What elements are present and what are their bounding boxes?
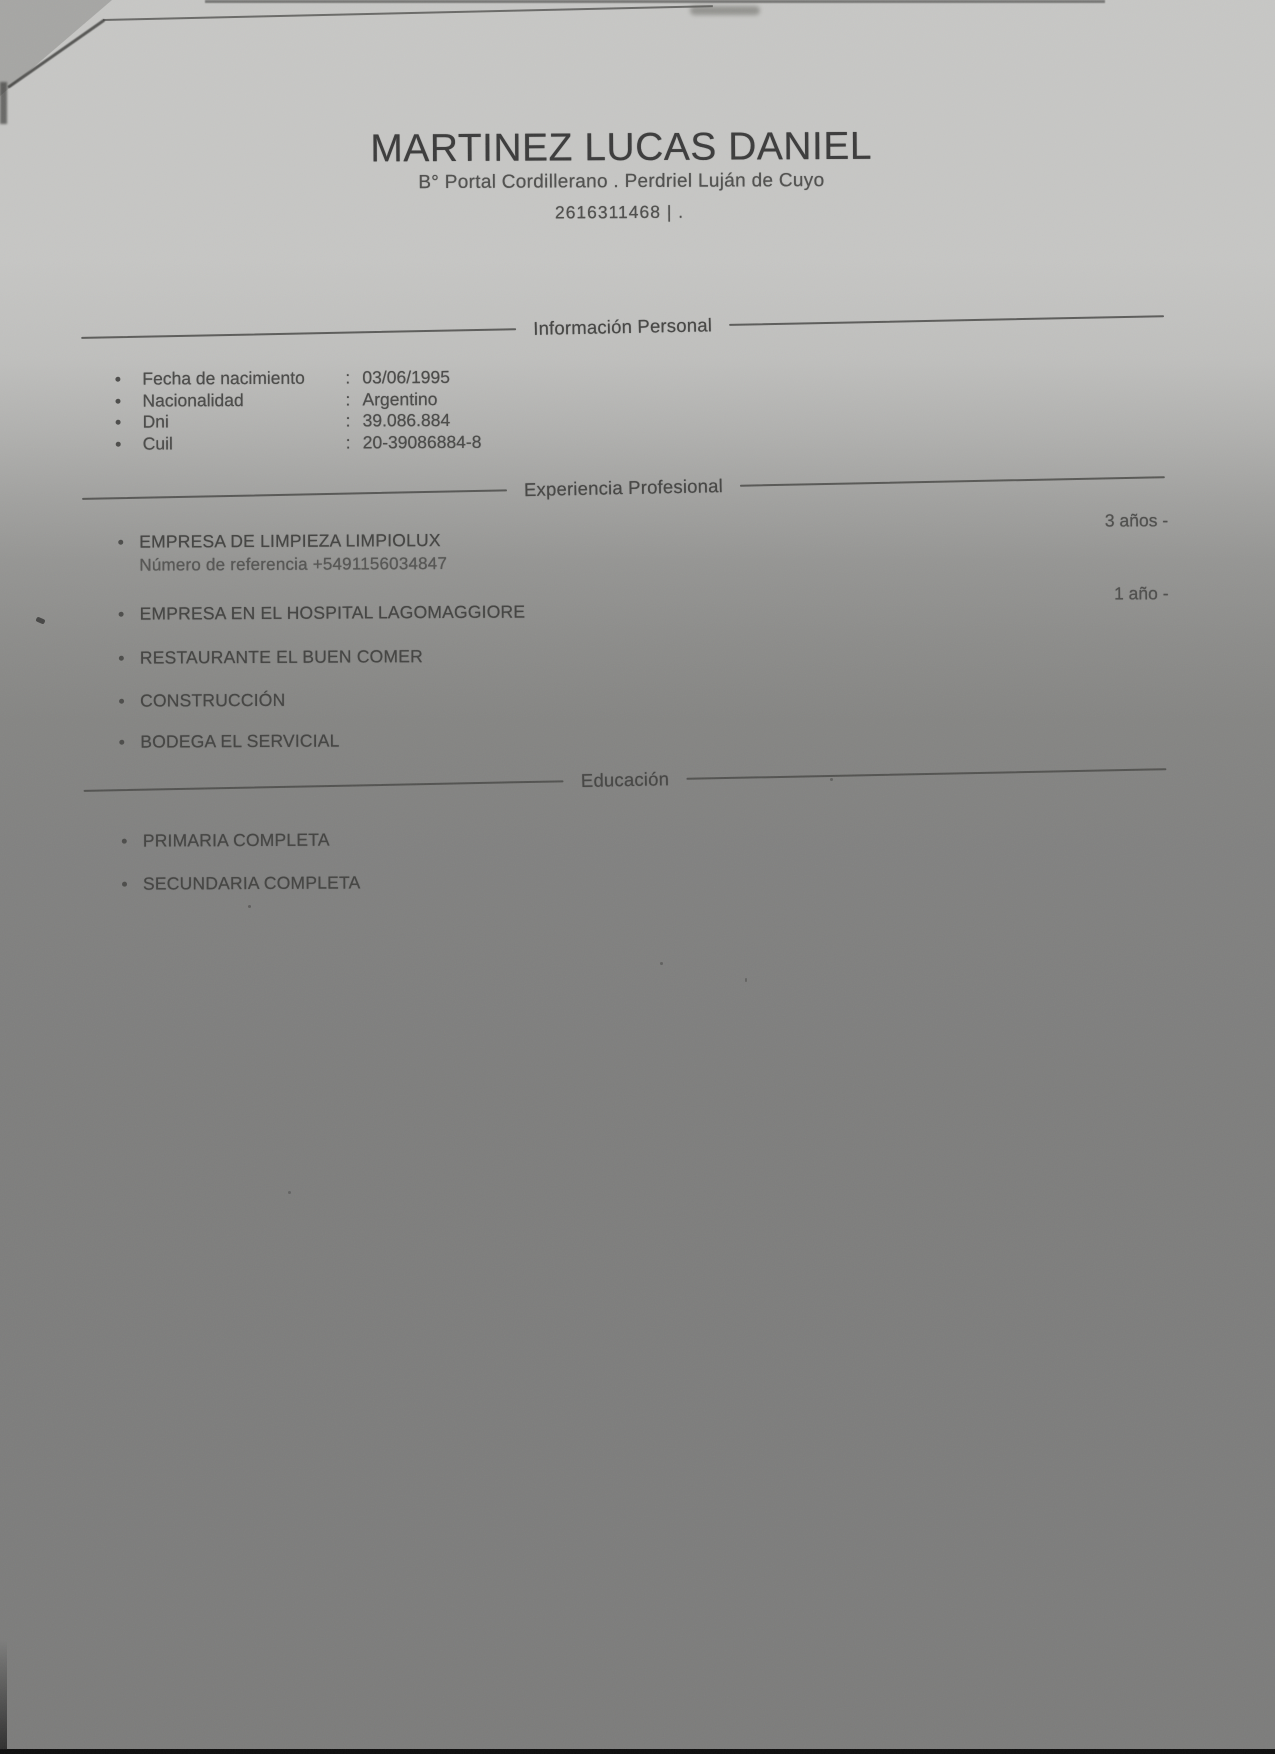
- personal-info-list: Fecha de nacimiento : 03/06/1995 Naciona…: [115, 367, 481, 455]
- experience-duration: 3 años -: [1038, 510, 1168, 532]
- education-item: SECUNDARIA COMPLETA: [122, 872, 361, 894]
- bullet-icon: [116, 441, 121, 446]
- field-separator: :: [345, 389, 362, 410]
- scanned-cv-page: MARTINEZ LUCAS DANIEL B° Portal Cordille…: [0, 0, 1275, 1754]
- section-title-personal: Información Personal: [533, 314, 712, 340]
- bullet-icon: [122, 882, 127, 887]
- section-divider-personal: Información Personal: [81, 303, 1164, 351]
- bullet-icon: [119, 740, 124, 745]
- candidate-name: MARTINEZ LUCAS DANIEL: [0, 123, 1246, 174]
- field-separator: :: [345, 368, 362, 389]
- divider-line: [84, 780, 564, 792]
- bullet-icon: [119, 656, 124, 661]
- experience-item: EMPRESA DE LIMPIEZA LIMPIOLUX: [118, 530, 441, 553]
- divider-line: [82, 489, 507, 500]
- experience-name: EMPRESA EN EL HOSPITAL LAGOMAGGIORE: [140, 602, 526, 625]
- bullet-icon: [116, 420, 121, 425]
- divider-line: [740, 476, 1165, 487]
- field-dni: Dni : 39.086.884: [116, 410, 482, 433]
- section-divider-experience: Experiencia Profesional: [82, 464, 1165, 512]
- experience-name: EMPRESA DE LIMPIEZA LIMPIOLUX: [139, 530, 441, 553]
- experience-item: RESTAURANTE EL BUEN COMER: [119, 646, 423, 669]
- field-value: 03/06/1995: [362, 367, 450, 388]
- bullet-icon: [122, 839, 127, 844]
- bullet-icon: [119, 612, 124, 617]
- section-divider-education: Educación: [83, 756, 1166, 804]
- divider-line: [81, 328, 516, 339]
- section-title-education: Educación: [581, 768, 670, 792]
- bullet-icon: [119, 699, 124, 704]
- field-label: Nacionalidad: [142, 389, 345, 411]
- divider-line: [729, 315, 1164, 326]
- experience-reference: Número de referencia +5491156034847: [139, 554, 447, 576]
- field-separator: :: [346, 411, 363, 432]
- field-label: Fecha de nacimiento: [142, 368, 345, 390]
- experience-name: BODEGA EL SERVICIAL: [140, 731, 339, 753]
- cv-content: MARTINEZ LUCAS DANIEL B° Portal Cordille…: [0, 0, 1275, 1754]
- education-name: PRIMARIA COMPLETA: [143, 830, 330, 852]
- field-label: Cuil: [143, 432, 346, 454]
- candidate-phone: 2616311468 | .: [0, 199, 1243, 227]
- experience-duration: 1 año -: [1038, 583, 1168, 605]
- divider-line: [686, 768, 1166, 780]
- bullet-icon: [118, 540, 123, 545]
- field-fecha-nacimiento: Fecha de nacimiento : 03/06/1995: [115, 367, 481, 390]
- experience-name: CONSTRUCCIÓN: [140, 690, 285, 712]
- field-value: Argentino: [362, 389, 437, 410]
- field-separator: :: [346, 432, 363, 453]
- field-value: 39.086.884: [363, 410, 451, 431]
- experience-item: BODEGA EL SERVICIAL: [119, 731, 339, 753]
- education-item: PRIMARIA COMPLETA: [122, 830, 330, 852]
- field-cuil: Cuil : 20-39086884-8: [116, 431, 482, 454]
- bullet-icon: [115, 377, 120, 382]
- field-value: 20-39086884-8: [363, 432, 482, 454]
- bullet-icon: [115, 398, 120, 403]
- section-title-experience: Experiencia Profesional: [524, 475, 723, 501]
- field-label: Dni: [143, 411, 346, 433]
- experience-item: CONSTRUCCIÓN: [119, 690, 285, 712]
- experience-name: RESTAURANTE EL BUEN COMER: [140, 646, 423, 668]
- field-nacionalidad: Nacionalidad : Argentino: [115, 388, 481, 411]
- education-name: SECUNDARIA COMPLETA: [143, 872, 361, 894]
- experience-item: EMPRESA EN EL HOSPITAL LAGOMAGGIORE: [119, 602, 526, 625]
